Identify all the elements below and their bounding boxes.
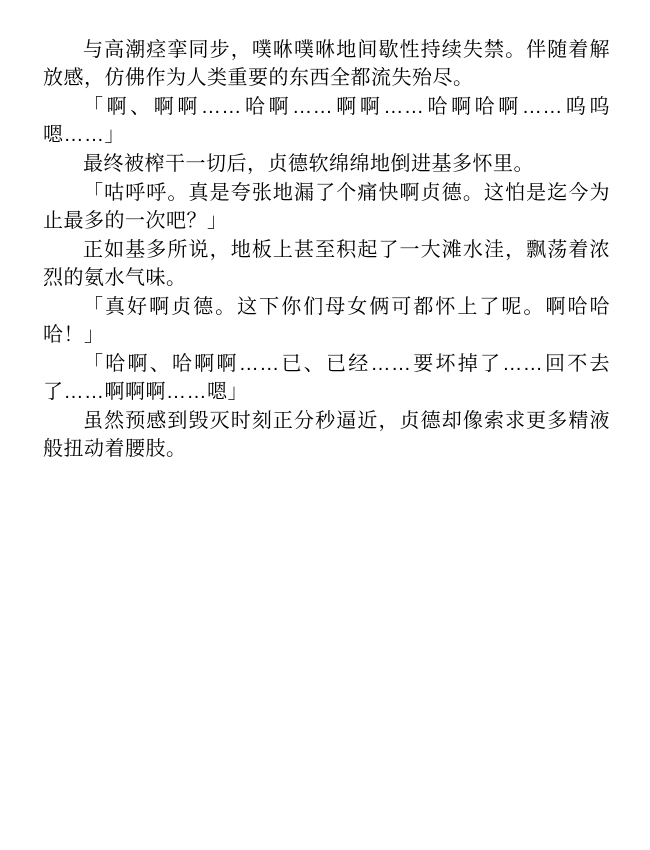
paragraph: 与高潮痉挛同步，噗咻噗咻地间歇性持续失禁。伴随着解放感，仿佛作为人类重要的东西全…	[43, 36, 610, 92]
paragraph: 「啊、啊啊……哈啊……啊啊……哈啊哈啊……呜呜嗯……」	[43, 93, 610, 149]
paragraph: 虽然预感到毁灭时刻正分秒逼近，贞德却像索求更多精液般扭动着腰肢。	[43, 407, 610, 463]
paragraph: 「真好啊贞德。这下你们母女俩可都怀上了呢。啊哈哈哈！」	[43, 293, 610, 349]
text-page: 与高潮痉挛同步，噗咻噗咻地间歇性持续失禁。伴随着解放感，仿佛作为人类重要的东西全…	[0, 0, 650, 850]
paragraph: 「哈啊、哈啊啊……已、已经……要坏掉了……回不去了……啊啊啊……嗯」	[43, 350, 610, 406]
paragraph: 最终被榨干一切后，贞德软绵绵地倒进基多怀里。	[43, 150, 610, 178]
paragraph: 正如基多所说，地板上甚至积起了一大滩水洼，飘荡着浓烈的氨水气味。	[43, 236, 610, 292]
paragraph: 「咕呼呼。真是夸张地漏了个痛快啊贞德。这怕是迄今为止最多的一次吧？」	[43, 179, 610, 235]
